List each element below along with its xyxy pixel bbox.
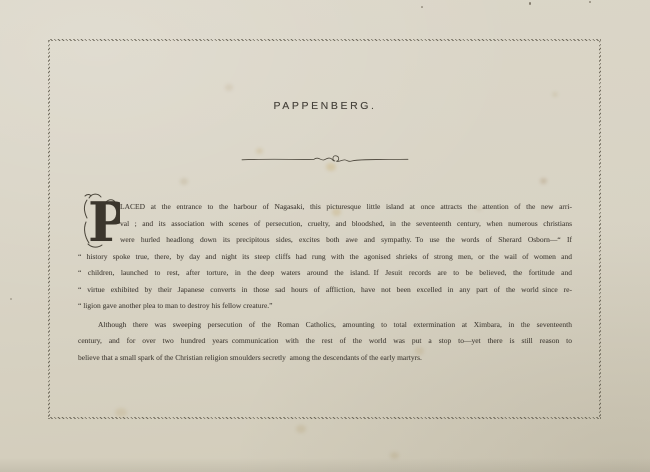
- text-line: century, and for over two hundred years …: [78, 333, 572, 350]
- border-rule-bottom: [48, 417, 601, 419]
- text-line: were hurled headlong down its precipitou…: [78, 232, 572, 249]
- text-line: “ history spoke true, there, by day and …: [78, 249, 572, 266]
- foxing-stain: [225, 84, 233, 91]
- foxing-stain: [552, 92, 558, 97]
- flourish-divider: [240, 151, 410, 165]
- text-line: val ; and its association with scenes of…: [78, 216, 572, 233]
- svg-text:P: P: [88, 192, 120, 252]
- body-text: P LACED at the entrance to the harbour o…: [78, 199, 572, 366]
- foxing-stain: [296, 425, 306, 433]
- text-line: “ children, launched to rest, after tort…: [78, 265, 572, 282]
- page-title: PAPPENBERG.: [0, 100, 650, 112]
- ink-speck: [589, 1, 591, 3]
- border-rule-left: [48, 39, 50, 419]
- text-line: believe that a small spark of the Christ…: [78, 350, 572, 367]
- ink-speck: [421, 6, 423, 8]
- text-line: LACED at the entrance to the harbour of …: [78, 199, 572, 216]
- ornate-initial-P: P: [80, 192, 120, 252]
- text-line: “ virtue exhibited by their Japanese con…: [78, 282, 572, 299]
- ink-speck: [529, 2, 531, 5]
- foxing-stain: [390, 452, 399, 459]
- border-rule-right: [599, 39, 601, 419]
- foxing-stain: [115, 408, 127, 417]
- foxing-stain: [180, 178, 188, 185]
- text-line: “ ligion gave another plea to man to des…: [78, 298, 572, 315]
- text-line: Although there was sweeping persecution …: [78, 317, 572, 334]
- border-rule-top: [48, 39, 601, 41]
- book-page: PAPPENBERG. P LACED at the entrance to t…: [0, 0, 650, 472]
- ink-speck: [10, 298, 12, 300]
- foxing-stain: [540, 178, 547, 184]
